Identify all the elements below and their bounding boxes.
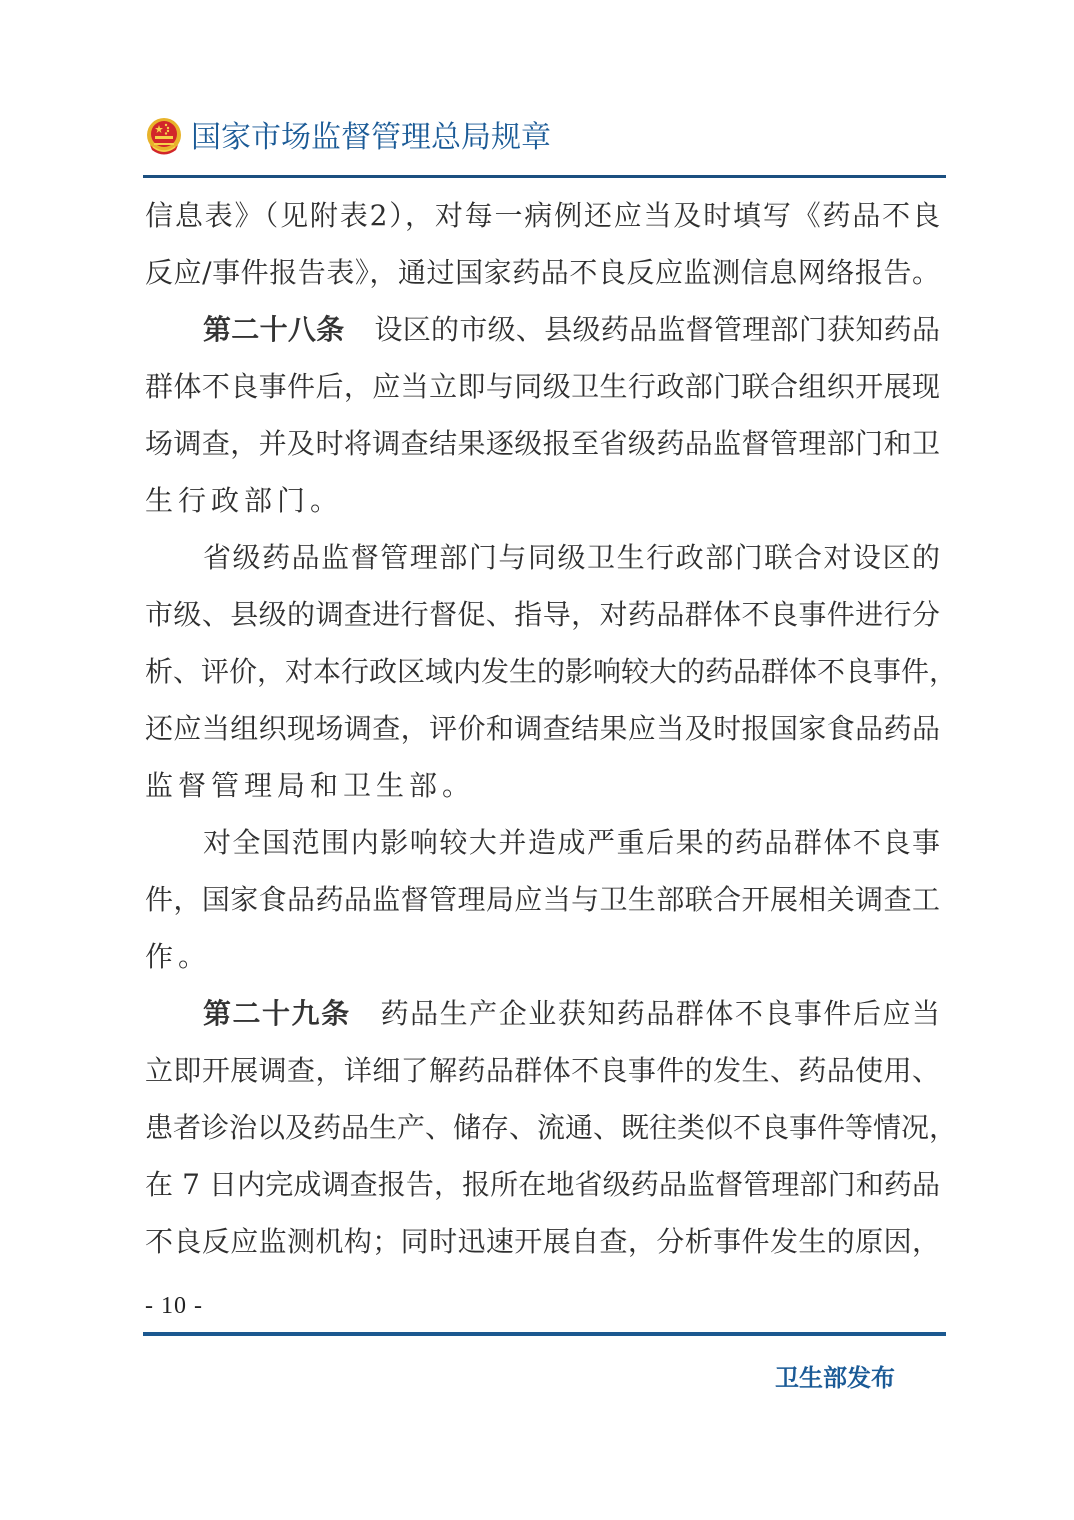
article-29: 第二十九条药品生产企业获知药品群体不良事件后应当 立即开展调查，详细了解药品群体… xyxy=(145,994,940,1279)
text-line: 件，国家食品药品监督管理局应当与卫生部联合开展相关调查工 xyxy=(145,880,940,937)
text-line: 生行政部门。 xyxy=(145,481,940,538)
article-heading: 第二十八条 xyxy=(203,313,344,346)
text-line: 场调查，并及时将调查结果逐级报至省级药品监督管理部门和卫 xyxy=(145,424,940,481)
text-segment: 药品生产企业获知药品群体不良事件后应当 xyxy=(381,997,940,1030)
page-number: - 10 - xyxy=(145,1293,203,1320)
article-heading: 第二十九条 xyxy=(203,997,351,1030)
publisher-label: 卫生部发布 xyxy=(775,1360,895,1396)
article-28: 第二十八条设区的市级、县级药品监督管理部门获知药品 群体不良事件后，应当立即与同… xyxy=(145,310,940,538)
footer-divider xyxy=(143,1332,946,1336)
text-line: 省级药品监督管理部门与同级卫生行政部门联合对设区的 xyxy=(145,538,940,595)
text-line: 患者诊治以及药品生产、储存、流通、既往类似不良事件等情况， xyxy=(145,1108,940,1165)
text-line: 市级、县级的调查进行督促、指导，对药品群体不良事件进行分 xyxy=(145,595,940,652)
header-title: 国家市场监督管理总局规章 xyxy=(191,118,551,158)
document-header: 国家市场监督管理总局规章 xyxy=(145,113,551,163)
text-line: 信息表》（见附表2），对每一病例还应当及时填写《药品不良 xyxy=(145,196,940,253)
text-line: 析、评价，对本行政区域内发生的影响较大的药品群体不良事件， xyxy=(145,652,940,709)
paragraph: 对全国范围内影响较大并造成严重后果的药品群体不良事 件，国家食品药品监督管理局应… xyxy=(145,823,940,994)
text-line: 对全国范围内影响较大并造成严重后果的药品群体不良事 xyxy=(145,823,940,880)
text-line: 在 7 日内完成调查报告，报所在地省级药品监督管理部门和药品 xyxy=(145,1165,940,1222)
text-line: 第二十八条设区的市级、县级药品监督管理部门获知药品 xyxy=(145,310,940,367)
document-body: 信息表》（见附表2），对每一病例还应当及时填写《药品不良 反应/事件报告表》，通… xyxy=(145,196,940,1279)
paragraph: 省级药品监督管理部门与同级卫生行政部门联合对设区的 市级、县级的调查进行督促、指… xyxy=(145,538,940,823)
text-line: 群体不良事件后，应当立即与同级卫生行政部门联合组织开展现 xyxy=(145,367,940,424)
national-emblem-icon xyxy=(145,117,183,159)
text-line: 反应/事件报告表》，通过国家药品不良反应监测信息网络报告。 xyxy=(145,253,940,310)
text-line: 不良反应监测机构；同时迅速开展自查，分析事件发生的原因， xyxy=(145,1222,940,1279)
text-line: 第二十九条药品生产企业获知药品群体不良事件后应当 xyxy=(145,994,940,1051)
text-line: 监督管理局和卫生部。 xyxy=(145,766,940,823)
text-segment: 设区的市级、县级药品监督管理部门获知药品 xyxy=(374,313,940,346)
paragraph: 信息表》（见附表2），对每一病例还应当及时填写《药品不良 反应/事件报告表》，通… xyxy=(145,196,940,310)
text-line: 还应当组织现场调查，评价和调查结果应当及时报国家食品药品 xyxy=(145,709,940,766)
header-divider xyxy=(143,175,946,178)
text-line: 立即开展调查，详细了解药品群体不良事件的发生、药品使用、 xyxy=(145,1051,940,1108)
text-line: 作。 xyxy=(145,937,940,994)
